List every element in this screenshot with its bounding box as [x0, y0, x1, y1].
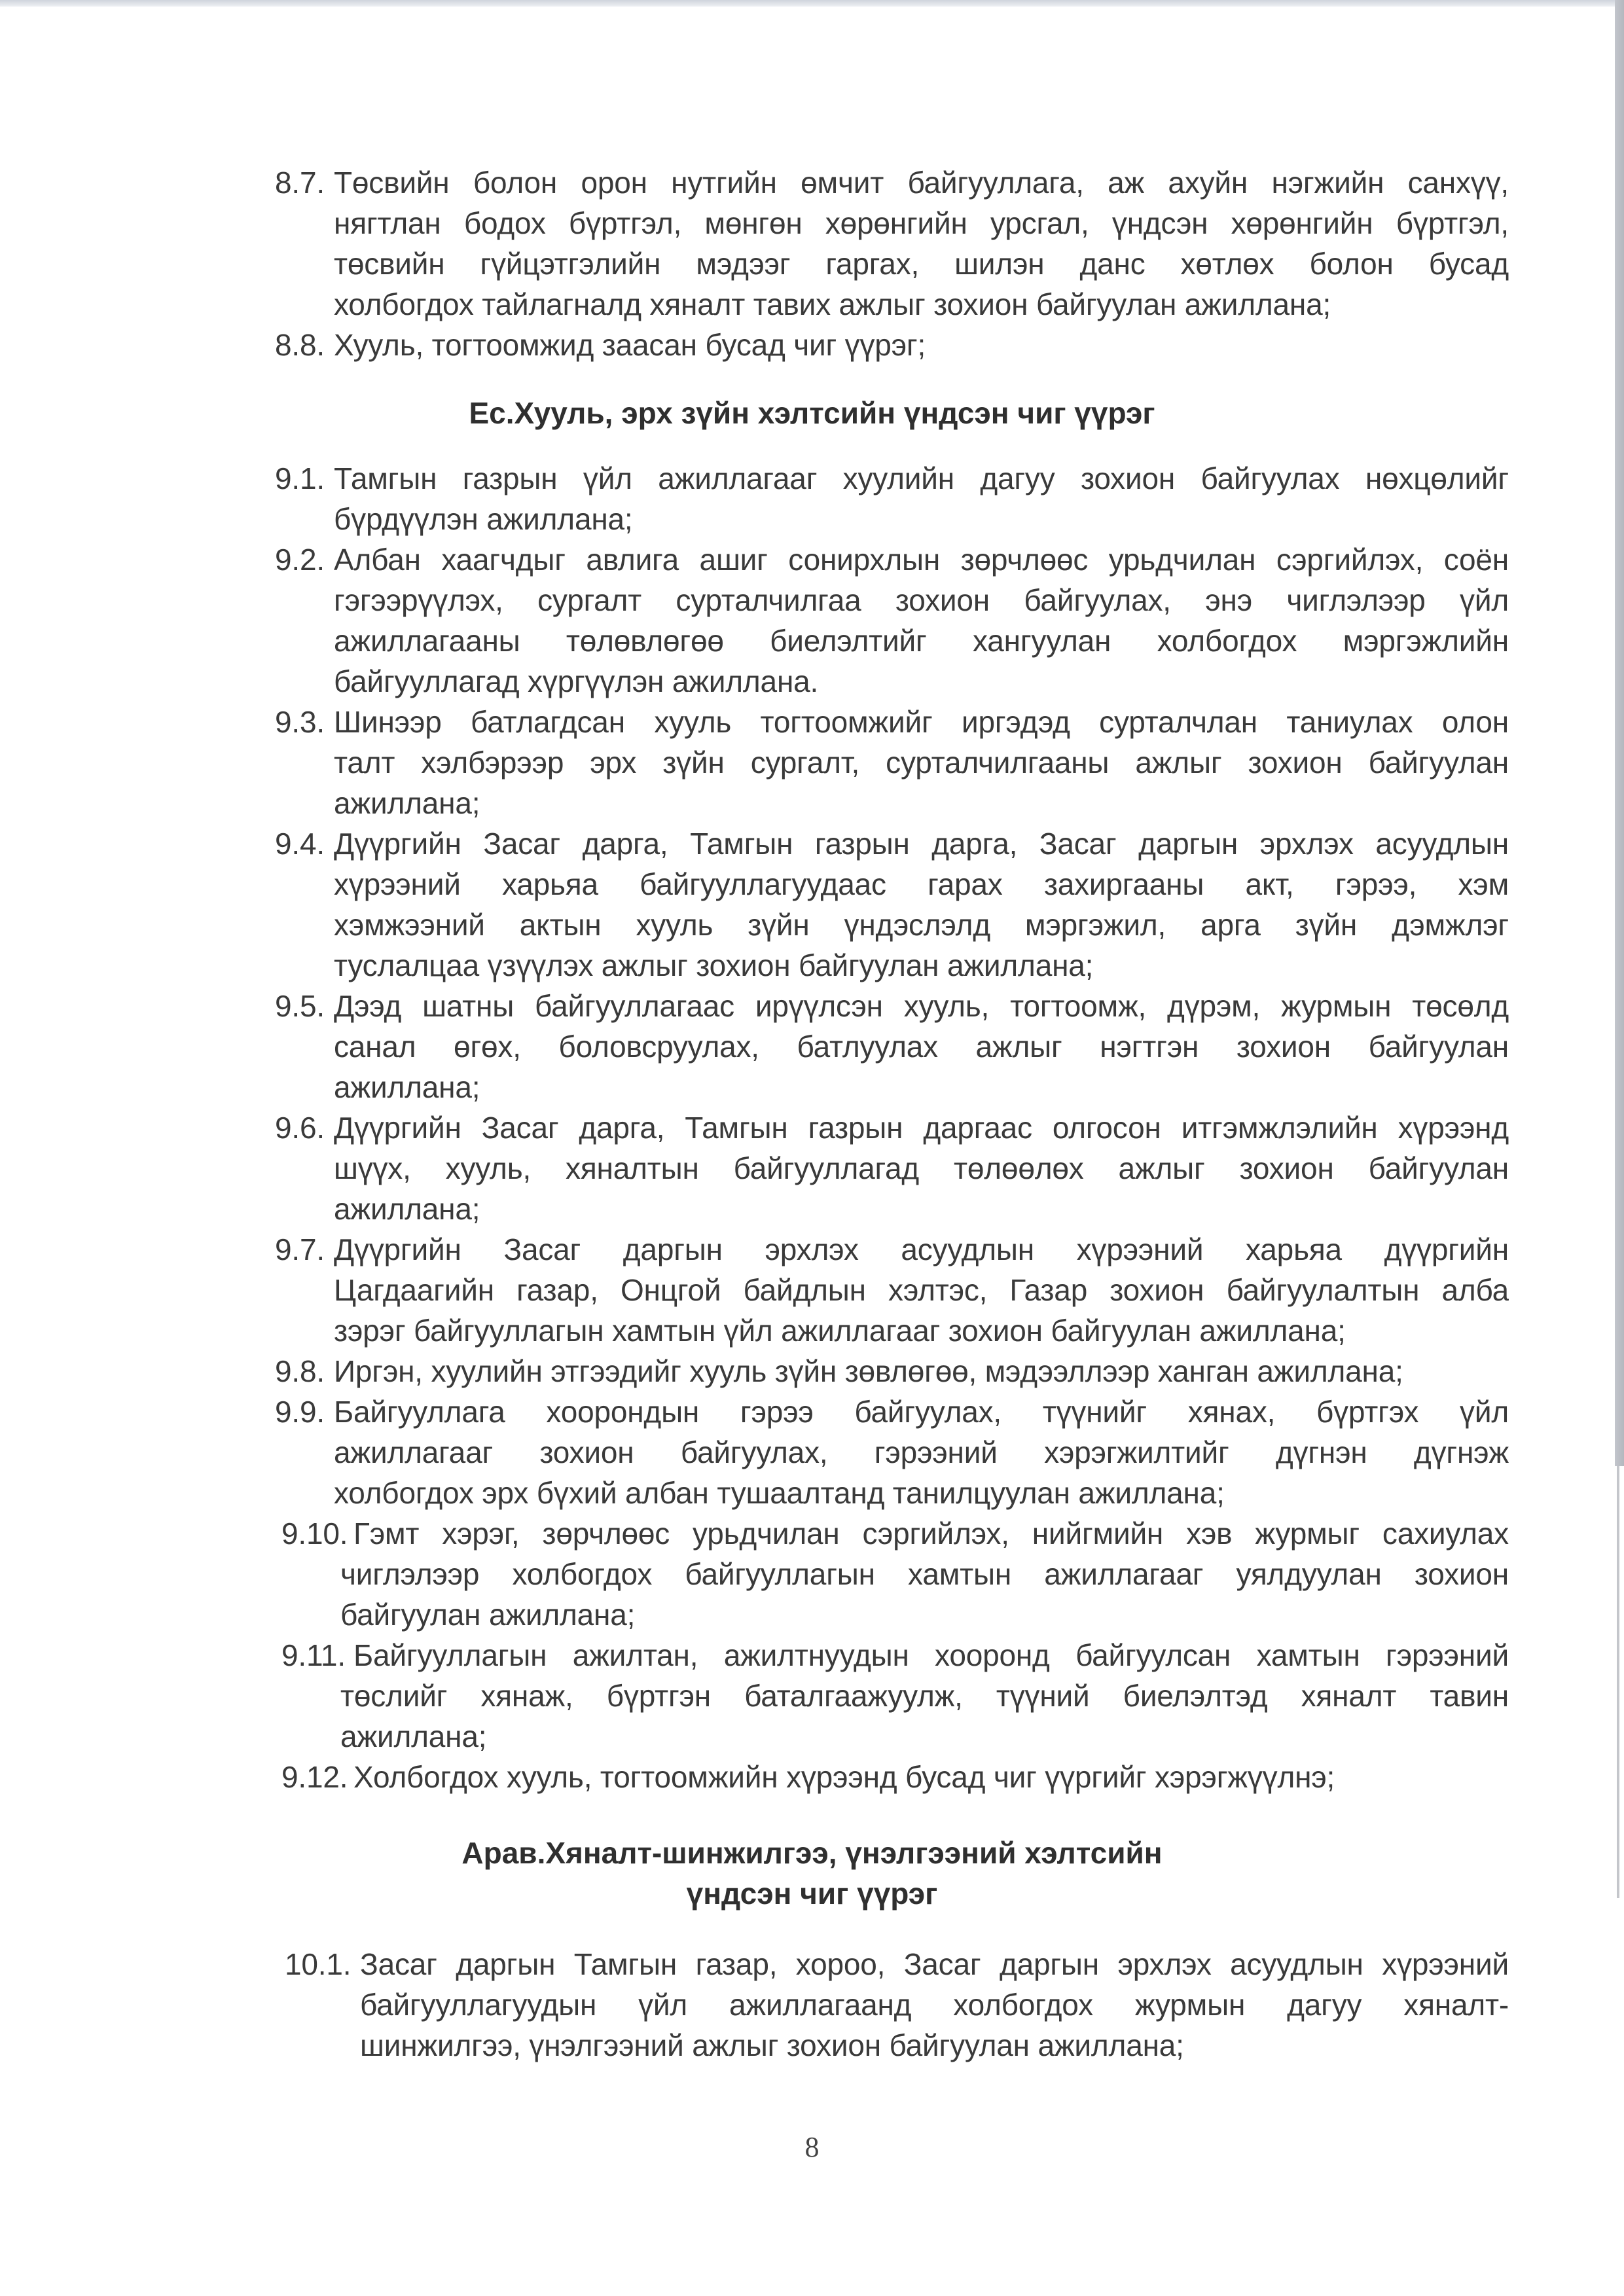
item-text-line: гэгээрүүлэх, сургалт сурталчилгаа зохион… — [334, 580, 1509, 620]
item-number: 9.3. — [275, 702, 325, 742]
item-text-line: талт хэлбэрээр эрх зүйн сургалт, сурталч… — [334, 742, 1509, 783]
item-number: 9.12. — [281, 1757, 348, 1797]
item-text-line: Байгууллага хоорондын гэрээ байгуулах, т… — [334, 1391, 1509, 1432]
item-text-line: хүрээний харьяа байгууллагуудаас гарах з… — [334, 864, 1509, 905]
item-text-line: Тамгын газрын үйл ажиллагааг хуулийн даг… — [334, 458, 1509, 499]
document-page: 8.7. Төсвийн болон орон нутгийн өмчит ба… — [0, 0, 1624, 2296]
item-text-line: Дүүргийн Засаг дарга, Тамгын газрын дарг… — [334, 823, 1509, 864]
section-heading-10-line1: Арав.Хяналт-шинжилгээ, үнэлгээний хэлтси… — [0, 1833, 1624, 1873]
item-text-line: Албан хаагчдыг авлига ашиг сонирхлын зөр… — [334, 539, 1509, 580]
section-heading-10-line2: үндсэн чиг үүрэг — [0, 1873, 1624, 1914]
item-text-line: санал өгөх, боловсруулах, батлуулах ажлы… — [334, 1026, 1509, 1067]
item-text-line: зэрэг байгууллагын хамтын үйл ажиллагааг… — [334, 1310, 1346, 1351]
item-text-line: хэмжээний актын хууль зүйн үндэслэлд мэр… — [334, 905, 1509, 945]
item-number: 10.1. — [285, 1944, 351, 1984]
item-text-line: Цагдаагийн газар, Онцгой байдлын хэлтэс,… — [334, 1270, 1509, 1310]
item-text-line: Холбогдох хууль, тогтоомжийн хүрээнд бус… — [353, 1757, 1335, 1797]
item-text-line: ажиллагааны төлөвлөгөө биелэлтийг хангуу… — [334, 620, 1509, 661]
item-number: 8.7. — [275, 162, 325, 203]
item-text-line: Дүүргийн Засаг дарга, Тамгын газрын дарг… — [334, 1107, 1509, 1148]
item-text-line: Шинээр батлагдсан хууль тогтоомжийг иргэ… — [334, 702, 1509, 742]
item-text-line: ажиллана; — [334, 1189, 480, 1229]
section-heading-9: Ес.Хууль, эрх зүйн хэлтсийн үндсэн чиг ү… — [0, 393, 1624, 433]
item-text-line: байгуулан ажиллана; — [340, 1594, 635, 1635]
item-number: 9.9. — [275, 1391, 325, 1432]
item-text-line: нягтлан бодох бүртгэл, мөнгөн хөрөнгийн … — [334, 203, 1509, 243]
item-text-line: холбогдох эрх бүхий албан тушаалтанд тан… — [334, 1473, 1225, 1513]
item-number: 9.7. — [275, 1229, 325, 1270]
item-text-line: байгууллагуудын үйл ажиллагаанд холбогдо… — [360, 1984, 1509, 2025]
item-text-line: Дээд шатны байгууллагаас ирүүлсэн хууль,… — [334, 986, 1509, 1026]
item-text-line: Гэмт хэрэг, зөрчлөөс урьдчилан сэргийлэх… — [353, 1513, 1509, 1554]
item-text-line: холбогдох тайлагналд хяналт тавих ажлыг … — [334, 284, 1331, 325]
item-text-line: ажиллана; — [334, 1067, 480, 1107]
item-text-line: байгууллагад хүргүүлэн ажиллана. — [334, 661, 818, 702]
item-number: 9.6. — [275, 1107, 325, 1148]
item-number: 9.11. — [281, 1635, 346, 1676]
item-text-line: ажиллана; — [340, 1716, 486, 1757]
item-text-line: Байгууллагын ажилтан, ажилтнуудын хоорон… — [353, 1635, 1509, 1676]
item-text-line: шинжилгээ, үнэлгээний ажлыг зохион байгу… — [360, 2025, 1184, 2066]
page-number: 8 — [0, 2130, 1624, 2164]
item-number: 8.8. — [275, 325, 325, 365]
item-number: 9.4. — [275, 823, 325, 864]
item-number: 9.1. — [275, 458, 325, 499]
item-number: 9.5. — [275, 986, 325, 1026]
item-text-line: Засаг даргын Тамгын газар, хороо, Засаг … — [360, 1944, 1509, 1984]
item-text-line: ажиллагааг зохион байгуулах, гэрээний хэ… — [334, 1432, 1509, 1473]
item-text-line: Иргэн, хуулийн этгээдийг хууль зүйн зөвл… — [334, 1351, 1403, 1391]
item-text-line: Төсвийн болон орон нутгийн өмчит байгуул… — [334, 162, 1509, 203]
item-text-line: шүүх, хууль, хяналтын байгууллагад төлөө… — [334, 1148, 1509, 1189]
item-text-line: ажиллана; — [334, 783, 480, 823]
item-text-line: чиглэлээр холбогдох байгууллагын хамтын … — [340, 1554, 1509, 1594]
item-text-line: төслийг хянаж, бүртгэн баталгаажуулж, тү… — [340, 1676, 1509, 1716]
item-text-line: төсвийн гүйцэтгэлийн мэдээг гаргах, шилэ… — [334, 243, 1509, 284]
item-number: 9.8. — [275, 1351, 325, 1391]
item-number: 9.10. — [281, 1513, 348, 1554]
item-text-line: Хууль, тогтоомжид заасан бусад чиг үүрэг… — [334, 325, 926, 365]
item-text-line: Дүүргийн Засаг даргын эрхлэх асуудлын хү… — [334, 1229, 1509, 1270]
item-number: 9.2. — [275, 539, 325, 580]
item-text-line: туслалцаа үзүүлэх ажлыг зохион байгуулан… — [334, 945, 1093, 986]
item-text-line: бүрдүүлэн ажиллана; — [334, 499, 633, 539]
